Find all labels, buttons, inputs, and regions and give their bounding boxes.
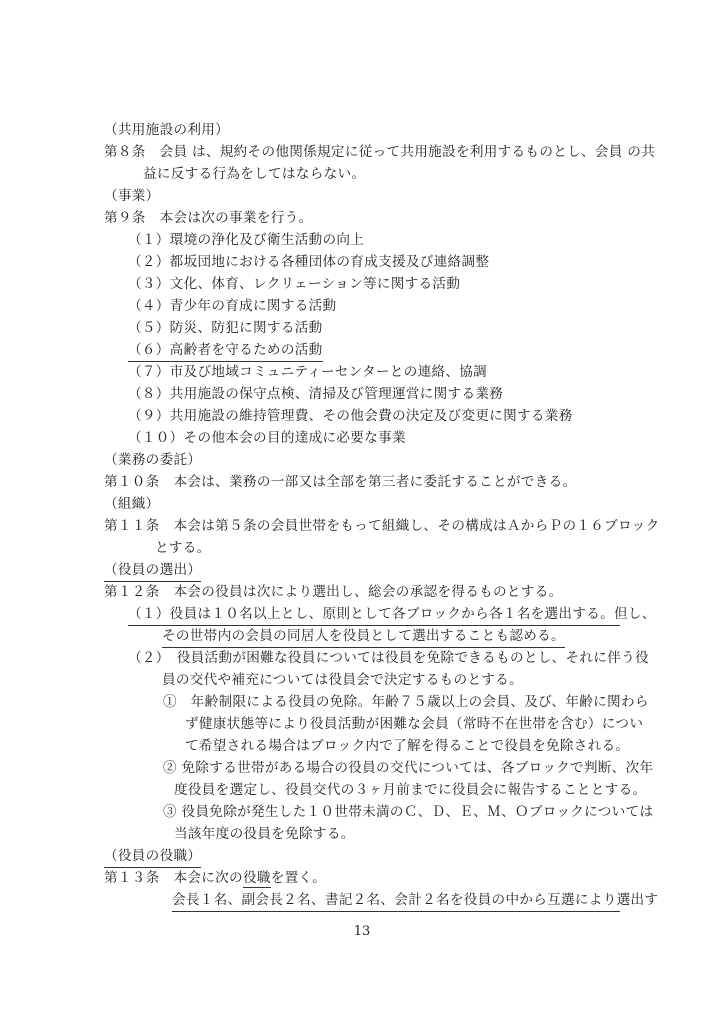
article-11-continuation: とする。 <box>155 538 211 558</box>
art12-sub2-line2: 度役員を選定し、役員交代の３ヶ月前までに役員会に報告することとする。 <box>174 780 646 800</box>
list-item: （２）都坂団地における各種団体の育成支援及び連絡調整 <box>128 252 489 272</box>
article-12: 第１２条 本会の役員は次により選出し、総会の承認を得るものとする。 <box>104 582 563 602</box>
heading-outsourcing: （業務の委託） <box>104 450 201 470</box>
article-13-text-end: を置く。 <box>271 870 326 886</box>
list-item: （３）文化、体育、レクリェーション等に関する活動 <box>128 274 460 294</box>
article-13-line2: 会長１名、副会長２名、書記２名、会計２名を役員の中から互選により選出す <box>172 890 620 912</box>
list-item: （１０）その他本会の目的達成に必要な事業 <box>128 428 406 448</box>
article-11: 第１１条 本会は第５条の会員世帯をもって組織し、その構成はＡからＰの１６ブロック <box>104 516 659 536</box>
list-item: （５）防災、防犯に関する活動 <box>128 318 323 338</box>
art12-sub2-line1: ② 免除する世帯がある場合の役員の交代については、各ブロックで判断、次年 <box>163 758 653 778</box>
art12-item2-line1: （２） 役員活動が困難な役員については役員を免除できるものとし、それに伴う役 <box>128 648 649 668</box>
art12-item1-line2: その世帯内の会員の同居人を役員として選出することも認める。 <box>162 626 565 648</box>
article-13: 第１３条 本会に次の役職を置く。 <box>104 868 326 888</box>
article-9: 第９条 本会は次の事業を行う。 <box>104 208 312 228</box>
article-13-text: 第１３条 本会に次の <box>104 870 243 886</box>
art12-item2-line2: 員の交代や補充については役員会で決定するものとする。 <box>162 670 523 690</box>
art12-sub3-line2: 当該年度の役員を免除する。 <box>174 824 355 844</box>
list-item: （４）青少年の育成に関する活動 <box>128 296 336 316</box>
heading-officer-positions: （役員の役職） <box>104 846 201 868</box>
article-8: 第８条 会員 は、規約その他関係規定に従って共用施設を利用するものとし、会員 の… <box>104 142 655 162</box>
list-item: （８）共用施設の保守点検、清掃及び管理運営に関する業務 <box>128 384 503 404</box>
heading-officer-election: （役員の選出） <box>104 560 201 582</box>
art12-sub3-line1: ③ 役員免除が発生した１０世帯未満のＣ、Ｄ、Ｅ、Ｍ、Ｏブロックについては <box>163 802 653 822</box>
article-13-underlined-term: 役職 <box>243 870 271 888</box>
art12-sub1-line3: て希望される場合はブロック内で了解を得ることで役員を免除される。 <box>185 736 629 756</box>
article-8-continuation: 益に反する行為をしてはならない。 <box>143 164 365 184</box>
heading-shared-facilities: （共用施設の利用） <box>104 120 229 140</box>
art12-sub1-line1: ① 年齢制限による役員の免除。年齢７５歳以上の会員、及び、年齢に関わら <box>163 692 649 712</box>
art12-sub1-line2: ず健康状態等により役員活動が困難な会員（常時不在世帯を含む）につい <box>185 714 643 734</box>
list-item: （７）市及び地域コミュニティーセンターとの連絡、協調 <box>128 362 487 382</box>
heading-business: （事業） <box>104 186 160 206</box>
list-item: （９）共用施設の維持管理費、その他会費の決定及び変更に関する業務 <box>128 406 573 426</box>
page-number: 13 <box>0 924 724 939</box>
heading-organization: （組織） <box>104 494 160 514</box>
article-10: 第１０条 本会は、業務の一部又は全部を第三者に委託することができる。 <box>104 472 576 492</box>
document-page: （共用施設の利用） 第８条 会員 は、規約その他関係規定に従って共用施設を利用す… <box>0 0 724 1024</box>
list-item: （１）環境の浄化及び衛生活動の向上 <box>128 230 364 250</box>
list-item-underlined: （６）高齢者を守るための活動 <box>128 340 323 362</box>
art12-item1-line1: （１）役員は１０名以上とし、原則として各ブロックから各１名を選出する。但し、 <box>128 604 620 626</box>
